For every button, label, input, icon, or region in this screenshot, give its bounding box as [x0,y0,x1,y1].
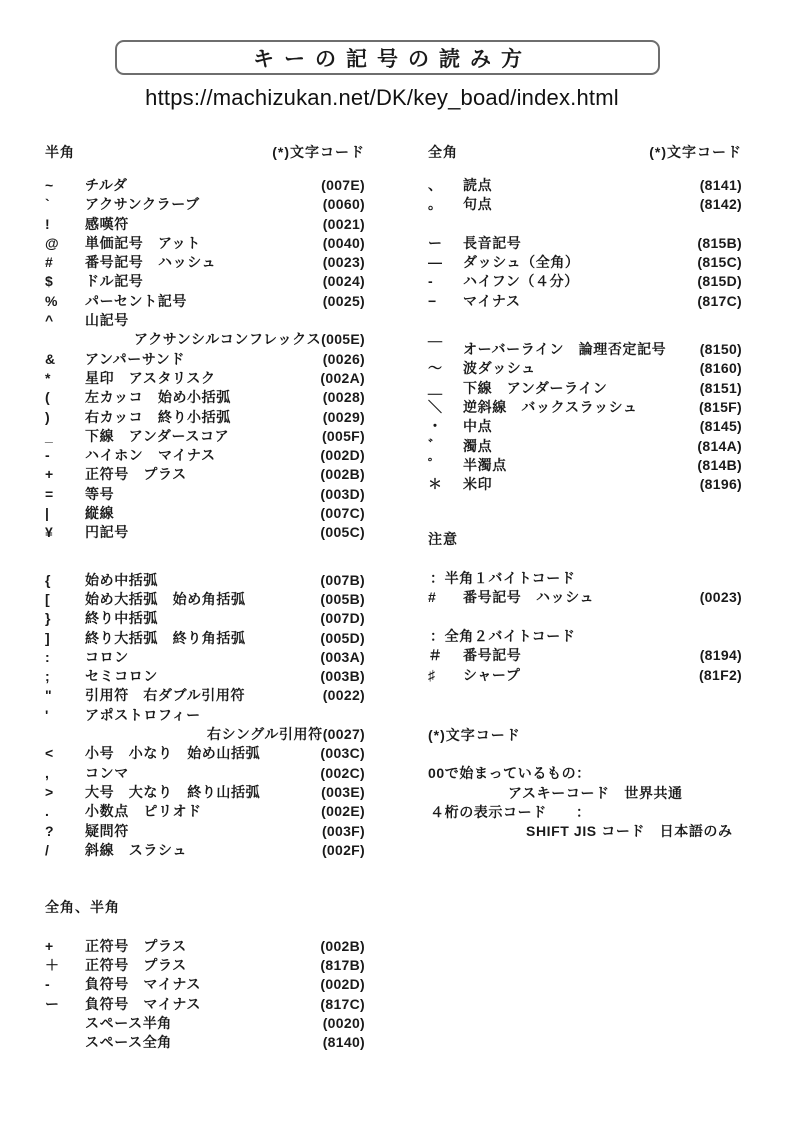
char-code-cell: (0026) [323,350,365,369]
char-code-cell: (002E) [321,802,365,821]
table-row: $ドル記号(0024) [45,272,365,291]
table-row: —ダッシュ（全角）(815C) [428,253,742,272]
char-code-cell: (0029) [323,408,365,427]
symbol-cell: # [428,588,463,607]
symbol-cell: ` [45,195,85,214]
fullwidth-label: 全角 [428,143,458,162]
symbol-name-cell: オーバーライン 論理否定記号 [463,340,666,359]
symbol-name-cell: アポストロフィー [85,706,201,725]
symbol-name-cell: 負符号 マイナス [85,995,201,1014]
symbol-cell: ? [45,822,85,841]
symbol-name-cell: 逆斜線 バックスラッシュ [463,398,638,417]
symbol-cell: ゛ [428,437,463,456]
spacer [428,494,742,530]
char-code-cell: (8142) [700,195,742,214]
char-code-cell: (005E) [321,330,365,349]
table-row: +正符号 プラス(002B) [45,937,365,956]
char-code-label-left: (*)文字コード [272,143,365,162]
symbol-cell: - [428,272,463,291]
symbol-name-cell: 番号記号 [463,646,521,665]
symbol-name-cell: 始め中括弧 [85,571,158,590]
symbol-name-cell: 小号 小なり 始め山括弧 [85,744,260,763]
symbol-cell: + [45,465,85,484]
char-code-cell: (003B) [320,667,365,686]
table-row: ^山記号 [45,311,365,330]
symbol-name-cell: 正符号 プラス [85,465,187,484]
symbol-name-cell: セミコロン [85,667,158,686]
table-row: /斜線 スラシュ(002F) [45,841,365,860]
symbol-name-cell: 円記号 [85,523,129,542]
symbol-cell: ゜ [428,456,463,475]
table-row: -ハイフン（４分）(815D) [428,272,742,291]
table-row: "引用符 右ダブル引用符(0022) [45,686,365,705]
spacer [45,543,365,571]
note-row: 00で始まっているもの： [428,764,742,783]
char-code-cell: (815D) [697,272,742,291]
char-code-cell: (003E) [321,783,365,802]
table-row: >大号 大なり 終り山括弧(003E) [45,783,365,802]
section-header: (*)文字コード [428,726,742,745]
table-row: スペース半角(0020) [45,1014,365,1033]
char-code-cell: (005F) [322,427,365,446]
table-row: (左カッコ 始め小括弧(0028) [45,388,365,407]
symbol-cell: ＋ [45,956,85,975]
note-text: アスキーコード 世界共通 [508,784,683,803]
char-code-cell: (002B) [320,937,365,956]
char-code-cell: (002F) [322,841,365,860]
symbol-name-cell: マイナス [463,292,521,311]
symbol-cell: $ [45,272,85,291]
symbol-name-cell: 始め大括弧 始め角括弧 [85,590,246,609]
table-row: :コロン(003A) [45,648,365,667]
symbol-name-cell: 疑問符 [85,822,129,841]
symbol-name-cell: ハイフン（４分） [463,272,579,291]
blank-row [45,917,365,936]
char-code-cell: (8140) [323,1033,365,1052]
symbol-name-cell: スペース全角 [85,1033,172,1052]
symbol-cell: : [45,648,85,667]
symbol-cell: * [45,369,85,388]
symbol-name-cell: コロン [85,648,129,667]
symbol-name-cell: 下線 アンダースコア [85,427,229,446]
char-code-cell: (815C) [697,253,742,272]
char-code-cell: (817B) [320,956,365,975]
symbol-name-cell: アクサンクラーブ [85,195,200,214]
char-code-cell: (0028) [323,388,365,407]
table-row: 右シングル引用符(0027) [45,725,365,744]
char-code-cell: (0020) [323,1014,365,1033]
section-header: 全角、半角 [45,898,365,917]
symbol-cell: ~ [45,176,85,195]
char-code-cell: (815F) [699,398,742,417]
symbol-name-cell: 終り中括弧 [85,609,158,628]
document-page: キーの記号の読み方 https://machizukan.net/DK/key_… [0,0,794,1123]
symbol-cell: ＿ [428,379,463,398]
table-row: =等号(003D) [45,485,365,504]
table-row: ー長音記号(815B) [428,234,742,253]
symbol-name-cell: 負符号 マイナス [85,975,201,994]
table-row: ;セミコロン(003B) [45,667,365,686]
table-row: ー負符号 マイナス(817C) [45,995,365,1014]
symbol-name-cell: 半濁点 [463,456,507,475]
char-code-cell: (8151) [700,379,742,398]
symbol-name-cell: 左カッコ 始め小括弧 [85,388,231,407]
char-code-cell: (0023) [323,253,365,272]
symbol-cell: & [45,350,85,369]
table-row: [始め大括弧 始め角括弧(005B) [45,590,365,609]
char-code-cell: (0060) [323,195,365,214]
char-code-cell: (815B) [697,234,742,253]
symbol-name-cell: 右カッコ 終り小括弧 [85,408,231,427]
symbol-cell: − [428,292,463,311]
char-code-cell: (0024) [323,272,365,291]
char-code-cell: (817C) [320,995,365,1014]
table-row: {始め中括弧(007B) [45,571,365,590]
note-row: SHIFT JIS コード 日本語のみ [428,822,742,841]
char-code-cell: (003C) [320,744,365,763]
char-code-cell: (8194) [700,646,742,665]
char-code-cell: (8196) [700,475,742,494]
table-row: ♯シャープ(81F2) [428,666,742,685]
symbol-cell: # [45,253,85,272]
table-row: ＋正符号 プラス(817B) [45,956,365,975]
table-row: ~チルダ(007E) [45,176,365,195]
char-code-cell: (002A) [320,369,365,388]
table-row: #番号記号 ハッシュ(0023) [45,253,365,272]
symbol-name-cell: 右シングル引用符 [207,725,323,744]
table-row: ・中点(8145) [428,417,742,436]
table-row: ]終り大括弧 終り角括弧(005D) [45,629,365,648]
symbol-name-cell: 番号記号 ハッシュ [463,588,594,607]
table-row: `アクサンクラーブ(0060) [45,195,365,214]
symbol-name-cell: ダッシュ（全角） [463,253,580,272]
table-row: ,コンマ(002C) [45,764,365,783]
symbol-name-cell: 感嘆符 [85,215,129,234]
symbol-name-cell: 濁点 [463,437,492,456]
table-row: 、読点(8141) [428,176,742,195]
halfwidth-label: 半角 [45,143,75,162]
symbol-name-cell: 正符号 プラス [85,937,187,956]
note-text: SHIFT JIS コード 日本語のみ [526,822,733,841]
blank-row [428,550,742,569]
spacer [428,311,742,340]
symbol-cell: ー [45,995,85,1014]
note-row: ：全角２バイトコード [428,627,742,646]
symbol-name-cell: 句点 [463,195,492,214]
char-code-cell: (007D) [320,609,365,628]
symbol-name-cell: 大号 大なり 終り山括弧 [85,783,260,802]
note-row: ：半角１バイトコード [428,569,742,588]
char-code-cell: (005D) [320,629,365,648]
table-row: +正符号 プラス(002B) [45,465,365,484]
symbol-cell: 。 [428,195,463,214]
symbol-name-cell: コンマ [85,764,129,783]
symbol-name-cell: スペース半角 [85,1014,172,1033]
char-code-cell: (003F) [322,822,365,841]
spacer [45,860,365,898]
table-row: .小数点 ピリオド(002E) [45,802,365,821]
symbol-cell: — [428,253,463,272]
table-row: ¥円記号(005C) [45,523,365,542]
symbol-cell: , [45,764,85,783]
symbol-cell: 〜 [428,359,463,378]
char-code-cell: (0021) [323,215,365,234]
char-code-cell: (003D) [320,485,365,504]
symbol-name-cell: 縦線 [85,504,114,523]
table-row: ＿下線 アンダーライン(8151) [428,379,742,398]
table-row: ゛濁点(814A) [428,437,742,456]
note-text: 00で始まっているもの： [428,764,591,783]
halfwidth-column-header: 半角 (*)文字コード [45,143,365,162]
symbol-cell: ' [45,706,85,725]
char-code-cell: (814B) [697,456,742,475]
table-row: アクサンシルコンフレックス(005E) [45,330,365,349]
blank-row [428,608,742,627]
symbol-cell: ＼ [428,398,463,417]
blank-row [428,745,742,764]
symbol-name-cell: ドル記号 [85,272,143,291]
char-code-cell: (002C) [320,764,365,783]
symbol-cell: ( [45,388,85,407]
char-code-cell: (003A) [320,648,365,667]
symbol-name-cell: 星印 アスタリスク [85,369,216,388]
char-code-cell: (005C) [320,523,365,542]
symbol-cell: > [45,783,85,802]
symbol-name-cell: 中点 [463,417,492,436]
table-row: 'アポストロフィー [45,706,365,725]
table-row: 。句点(8142) [428,195,742,214]
symbol-cell: + [45,937,85,956]
symbol-name-cell: アクサンシルコンフレックス [134,330,321,349]
symbol-cell: [ [45,590,85,609]
char-code-cell: (0027) [323,725,365,744]
table-row: -ハイホン マイナス(002D) [45,446,365,465]
symbol-cell: 、 [428,176,463,195]
char-code-cell: (81F2) [699,666,742,685]
symbol-cell: ) [45,408,85,427]
char-code-cell: (007E) [321,176,365,195]
char-code-cell: (005B) [320,590,365,609]
symbol-name-cell: 小数点 ピリオド [85,802,202,821]
symbol-cell: < [45,744,85,763]
table-row: )右カッコ 終り小括弧(0029) [45,408,365,427]
symbol-cell: % [45,292,85,311]
symbol-name-cell: 波ダッシュ [463,359,536,378]
symbol-name-cell: ハイホン マイナス [85,446,216,465]
symbol-cell: ・ [428,417,463,436]
char-code-cell: (002D) [320,446,365,465]
symbol-cell: . [45,802,85,821]
spacer [428,685,742,726]
symbol-name-cell: アンパーサンド [85,350,185,369]
char-code-cell: (8160) [700,359,742,378]
char-code-label-right: (*)文字コード [649,143,742,162]
halfwidth-rows: ~チルダ(007E)`アクサンクラーブ(0060)!感嘆符(0021)@単価記号… [45,176,365,1052]
table-row: <小号 小なり 始め山括弧(003C) [45,744,365,763]
symbol-name-cell: 読点 [463,176,492,195]
section-header-label: 注意 [428,530,458,549]
symbol-name-cell: 長音記号 [463,234,521,253]
char-code-cell: (002B) [320,465,365,484]
symbol-name-cell: 下線 アンダーライン [463,379,607,398]
char-code-cell: (8141) [700,176,742,195]
symbol-cell: " [45,686,85,705]
table-row: &アンパーサンド(0026) [45,350,365,369]
char-code-cell: (0022) [323,686,365,705]
symbol-cell: ; [45,667,85,686]
note-text: ４桁の表示コード ： [430,803,591,822]
table-row: }終り中括弧(007D) [45,609,365,628]
page-title: キーの記号の読み方 [243,43,532,73]
char-code-cell: (007B) [320,571,365,590]
char-code-cell: (002D) [320,975,365,994]
symbol-cell: - [45,446,85,465]
symbol-cell: ー [428,234,463,253]
table-row: ゜半濁点(814B) [428,456,742,475]
page-url: https://machizukan.net/DK/key_boad/index… [0,85,764,111]
symbol-name-cell: パーセント記号 [85,292,187,311]
symbol-name-cell: 終り大括弧 終り角括弧 [85,629,246,648]
char-code-cell: (0023) [700,588,742,607]
symbol-cell: ] [45,629,85,648]
symbol-name-cell: 番号記号 ハッシュ [85,253,216,272]
note-text: ：全角２バイトコード [430,627,575,646]
symbol-cell: @ [45,234,85,253]
table-row: ＃番号記号(8194) [428,646,742,665]
table-row: @単価記号 アット(0040) [45,234,365,253]
table-row: ￣オーバーライン 論理否定記号(8150) [428,340,742,359]
table-row: _下線 アンダースコア(005F) [45,427,365,446]
symbol-cell: = [45,485,85,504]
symbol-name-cell: 単価記号 アット [85,234,201,253]
symbol-name-cell: チルダ [85,176,128,195]
char-code-cell: (007C) [320,504,365,523]
symbol-cell: | [45,504,85,523]
symbol-cell: - [45,975,85,994]
table-row: ＊米印(8196) [428,475,742,494]
note-text: ：半角１バイトコード [430,569,575,588]
symbol-cell: } [45,609,85,628]
symbol-name-cell: 山記号 [85,311,129,330]
char-code-cell: (0040) [323,234,365,253]
symbol-cell: ^ [45,311,85,330]
section-header-label: 全角、半角 [45,898,120,917]
symbol-cell: ¥ [45,523,85,542]
symbol-cell: / [45,841,85,860]
char-code-cell: (817C) [697,292,742,311]
symbol-cell: ￣ [428,340,463,359]
char-code-cell: (0025) [323,292,365,311]
table-row: |縦線(007C) [45,504,365,523]
symbol-name-cell: 正符号 プラス [85,956,187,975]
symbol-cell: ! [45,215,85,234]
symbol-cell: _ [45,427,85,446]
table-row: !感嘆符(0021) [45,215,365,234]
symbol-name-cell: 引用符 右ダブル引用符 [85,686,245,705]
fullwidth-rows: 、読点(8141)。句点(8142)ー長音記号(815B)—ダッシュ（全角）(8… [428,176,742,842]
symbol-name-cell: シャープ [463,666,520,685]
symbol-cell: ♯ [428,666,463,685]
note-row: ４桁の表示コード ： [428,803,742,822]
symbol-name-cell: 斜線 スラシュ [85,841,187,860]
table-row: #番号記号 ハッシュ(0023) [428,588,742,607]
table-row: %パーセント記号(0025) [45,292,365,311]
section-header-label: (*)文字コード [428,726,521,745]
title-box: キーの記号の読み方 [115,40,660,75]
char-code-cell: (8150) [700,340,742,359]
section-header: 注意 [428,530,742,549]
blank-row [428,215,742,234]
char-code-cell: (814A) [697,437,742,456]
table-row: ＼逆斜線 バックスラッシュ(815F) [428,398,742,417]
char-code-cell: (8145) [700,417,742,436]
table-row: *星印 アスタリスク(002A) [45,369,365,388]
table-row: -負符号 マイナス(002D) [45,975,365,994]
table-row: 〜波ダッシュ(8160) [428,359,742,378]
table-row: ?疑問符(003F) [45,822,365,841]
fullwidth-column-header: 全角 (*)文字コード [428,143,742,162]
symbol-name-cell: 米印 [463,475,492,494]
symbol-cell: ＃ [428,646,463,665]
note-row: アスキーコード 世界共通 [428,784,742,803]
table-row: スペース全角(8140) [45,1033,365,1052]
table-row: −マイナス(817C) [428,292,742,311]
symbol-cell: ＊ [428,475,463,494]
symbol-cell: { [45,571,85,590]
symbol-name-cell: 等号 [85,485,114,504]
